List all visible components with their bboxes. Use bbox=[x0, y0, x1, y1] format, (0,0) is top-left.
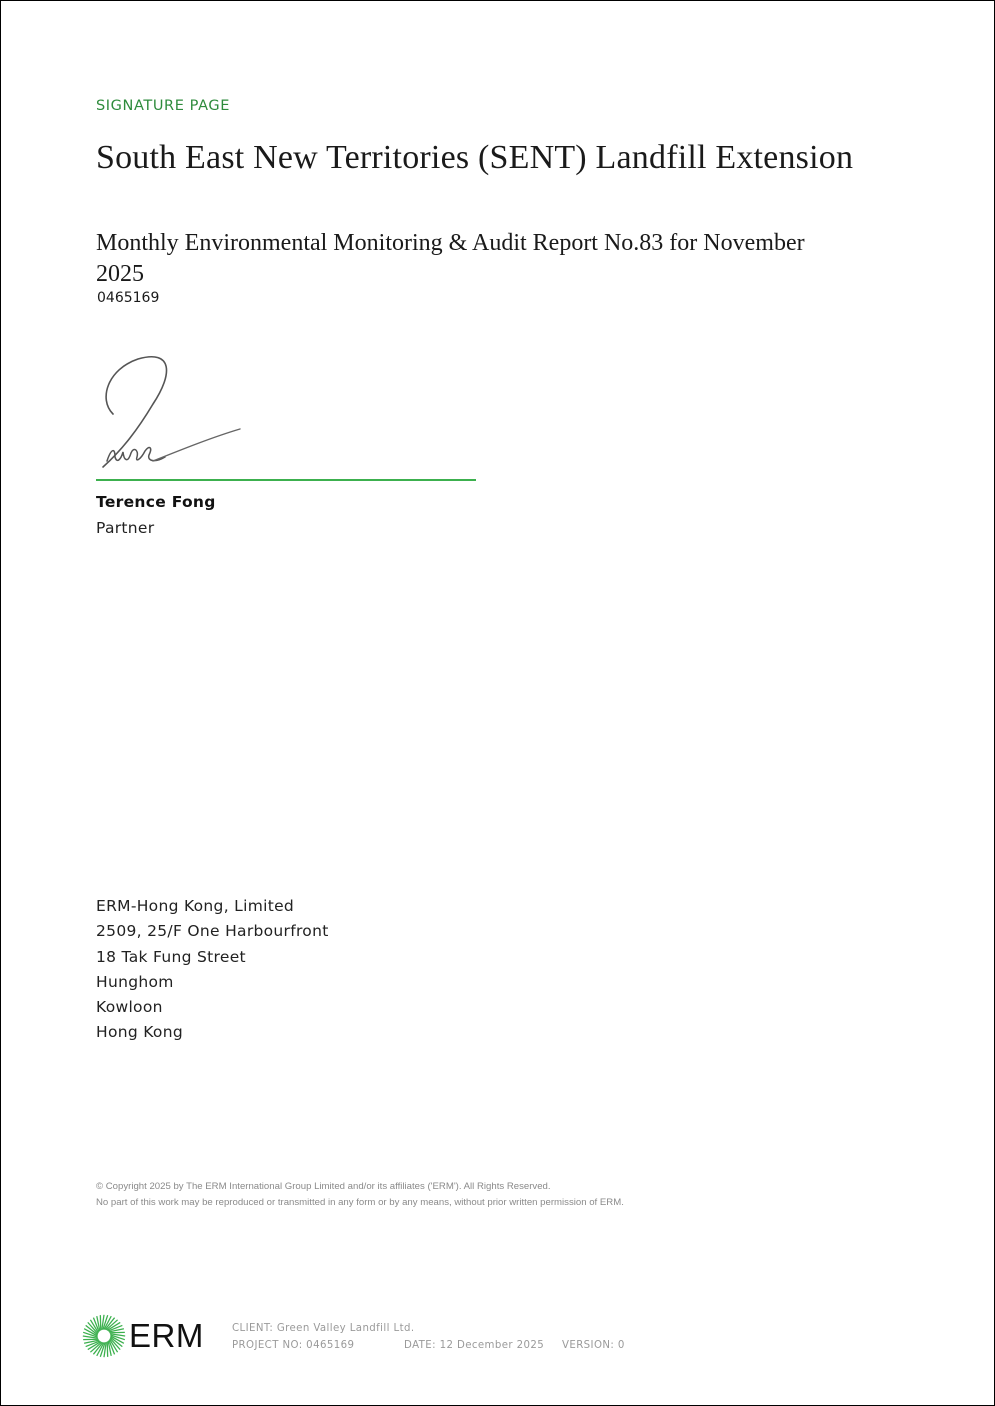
footer-project-no: PROJECT NO: 0465169 bbox=[232, 1338, 404, 1355]
copyright-line: © Copyright 2025 by The ERM Internationa… bbox=[96, 1179, 624, 1195]
project-number: 0465169 bbox=[97, 290, 159, 306]
address-line: 2509, 25/F One Harbourfront bbox=[96, 919, 329, 944]
footer-client: CLIENT: Green Valley Landfill Ltd. bbox=[232, 1321, 625, 1338]
footer-date: DATE: 12 December 2025 bbox=[404, 1338, 562, 1355]
erm-sunburst-logo-icon bbox=[81, 1313, 127, 1359]
address-line: Hunghom bbox=[96, 970, 329, 995]
address-line: Hong Kong bbox=[96, 1020, 329, 1045]
section-label: SIGNATURE PAGE bbox=[96, 98, 230, 114]
signer-name: Terence Fong bbox=[96, 493, 216, 511]
footer-version: VERSION: 0 bbox=[562, 1338, 625, 1355]
address-line: ERM-Hong Kong, Limited bbox=[96, 894, 329, 919]
signature-icon bbox=[93, 349, 253, 474]
signature-line bbox=[96, 479, 476, 481]
copyright-notice: © Copyright 2025 by The ERM Internationa… bbox=[96, 1179, 624, 1210]
logo-text: ERM bbox=[129, 1317, 204, 1355]
footer-meta: CLIENT: Green Valley Landfill Ltd. PROJE… bbox=[232, 1321, 625, 1354]
address-line: 18 Tak Fung Street bbox=[96, 945, 329, 970]
company-address: ERM-Hong Kong, Limited 2509, 25/F One Ha… bbox=[96, 894, 329, 1046]
address-line: Kowloon bbox=[96, 995, 329, 1020]
copyright-line: No part of this work may be reproduced o… bbox=[96, 1195, 624, 1211]
signer-title: Partner bbox=[96, 519, 154, 537]
document-page: SIGNATURE PAGE South East New Territorie… bbox=[0, 0, 995, 1406]
document-subtitle: Monthly Environmental Monitoring & Audit… bbox=[96, 228, 836, 290]
erm-logo: ERM bbox=[81, 1311, 211, 1361]
document-title: South East New Territories (SENT) Landfi… bbox=[96, 134, 876, 182]
